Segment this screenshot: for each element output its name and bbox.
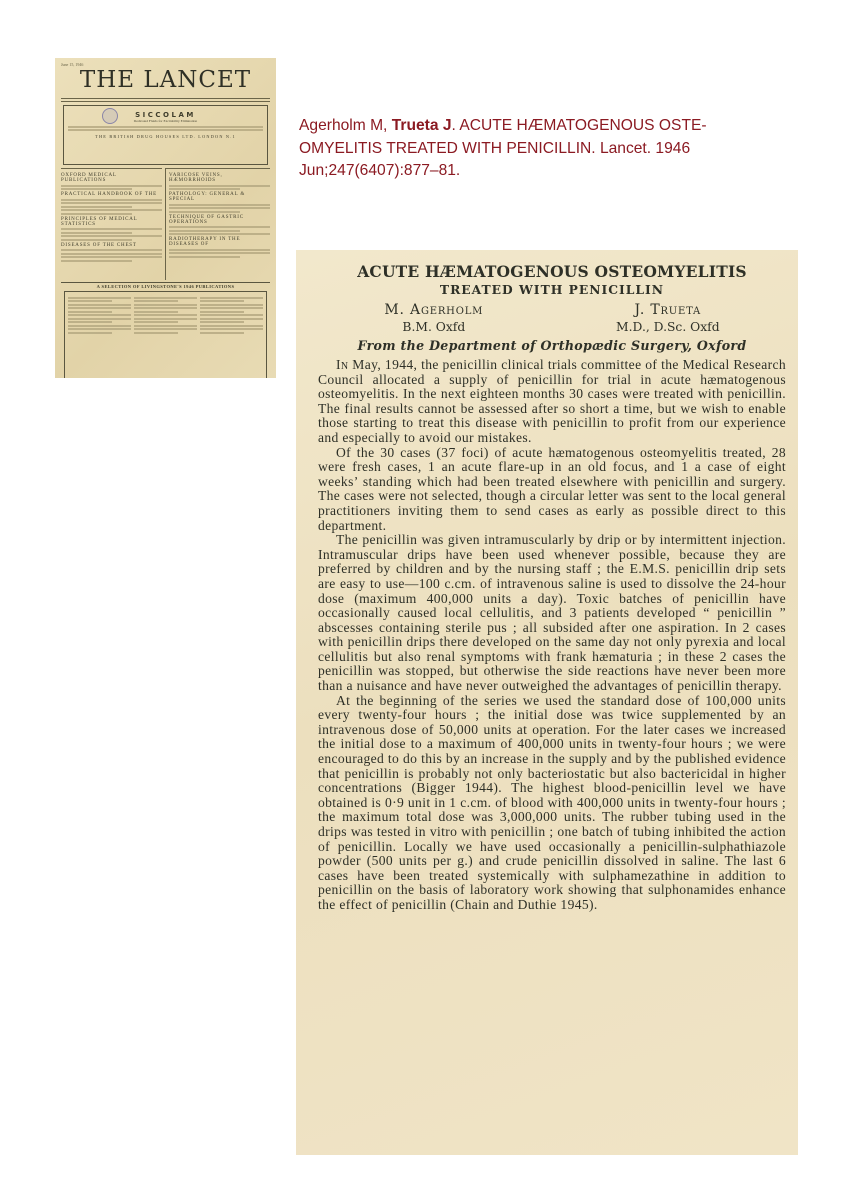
cover-left-column: OXFORD MEDICAL PUBLICATIONS PRACTICAL HA… xyxy=(61,168,162,280)
cover-right-item: RADIOTHERAPY IN THE DISEASES OF xyxy=(169,237,270,247)
cover-right-column: VARICOSE VEINS, HÆMORRHOIDS PATHOLOGY: G… xyxy=(165,168,270,280)
cover-advertisement: SICCOLAM Dedicated Fluids for Excitabili… xyxy=(63,105,268,165)
citation-author-2: Trueta J xyxy=(392,117,452,134)
ad-company: THE BRITISH DRUG HOUSES LTD. LONDON N.1 xyxy=(68,134,263,139)
article-paragraph: The penicillin was given intramuscularly… xyxy=(318,533,786,694)
article-body: In May, 1944, the penicillin clinical tr… xyxy=(318,358,786,913)
cover-publication-list xyxy=(64,291,267,378)
article-subtitle: TREATED WITH PENICILLIN xyxy=(318,281,786,298)
author-degree: M.D., D.Sc. Oxfd xyxy=(616,319,720,336)
citation-author-1: Agerholm M, xyxy=(299,117,392,134)
cover-right-item: TECHNIQUE OF GASTRIC OPERATIONS xyxy=(169,215,270,225)
paragraph-lead: In xyxy=(336,357,348,372)
author-name: J. Trueta xyxy=(616,302,720,319)
author-degree: B.M. Oxfd xyxy=(384,319,483,336)
article-scan: ACUTE HÆMATOGENOUS OSTEOMYELITIS TREATED… xyxy=(296,250,798,1155)
cover-right-item: PATHOLOGY: GENERAL & SPECIAL xyxy=(169,192,270,202)
cover-masthead: THE LANCET xyxy=(61,68,270,92)
cover-left-item: PRINCIPLES OF MEDICAL STATISTICS xyxy=(61,217,162,227)
cover-left-item: DISEASES OF THE CHEST xyxy=(61,243,162,248)
library-stamp-icon xyxy=(102,108,118,124)
author-block: J. Trueta M.D., D.Sc. Oxfd xyxy=(616,302,720,336)
lancet-cover-image: June 15, 1946 THE LANCET SICCOLAM Dedica… xyxy=(55,58,276,378)
ad-tagline: Dedicated Fluids for Excitability Elimin… xyxy=(68,119,263,124)
cover-banner: A SELECTION OF LIVINGSTONE'S 1946 PUBLIC… xyxy=(61,282,270,289)
divider xyxy=(61,98,270,99)
author-name: M. Agerholm xyxy=(384,302,483,319)
article-department: From the Department of Orthopædic Surger… xyxy=(318,337,786,355)
citation: Agerholm M, Trueta J. ACUTE HÆMATOGENOUS… xyxy=(299,115,769,183)
article-paragraph: At the beginning of the series we used t… xyxy=(318,694,786,913)
article-authors: M. Agerholm B.M. Oxfd J. Trueta M.D., D.… xyxy=(318,302,786,336)
author-block: M. Agerholm B.M. Oxfd xyxy=(384,302,483,336)
cover-left-heading: OXFORD MEDICAL PUBLICATIONS xyxy=(61,173,162,183)
divider xyxy=(61,101,270,102)
article-paragraph: In May, 1944, the penicillin clinical tr… xyxy=(318,358,786,446)
cover-columns: OXFORD MEDICAL PUBLICATIONS PRACTICAL HA… xyxy=(61,168,270,280)
cover-right-item: VARICOSE VEINS, HÆMORRHOIDS xyxy=(169,173,270,183)
article-paragraph: Of the 30 cases (37 foci) of acute hæmat… xyxy=(318,446,786,534)
article-title: ACUTE HÆMATOGENOUS OSTEOMYELITIS xyxy=(318,262,786,281)
cover-left-item: PRACTICAL HANDBOOK OF THE xyxy=(61,192,162,197)
ad-brand: SICCOLAM xyxy=(68,111,263,119)
